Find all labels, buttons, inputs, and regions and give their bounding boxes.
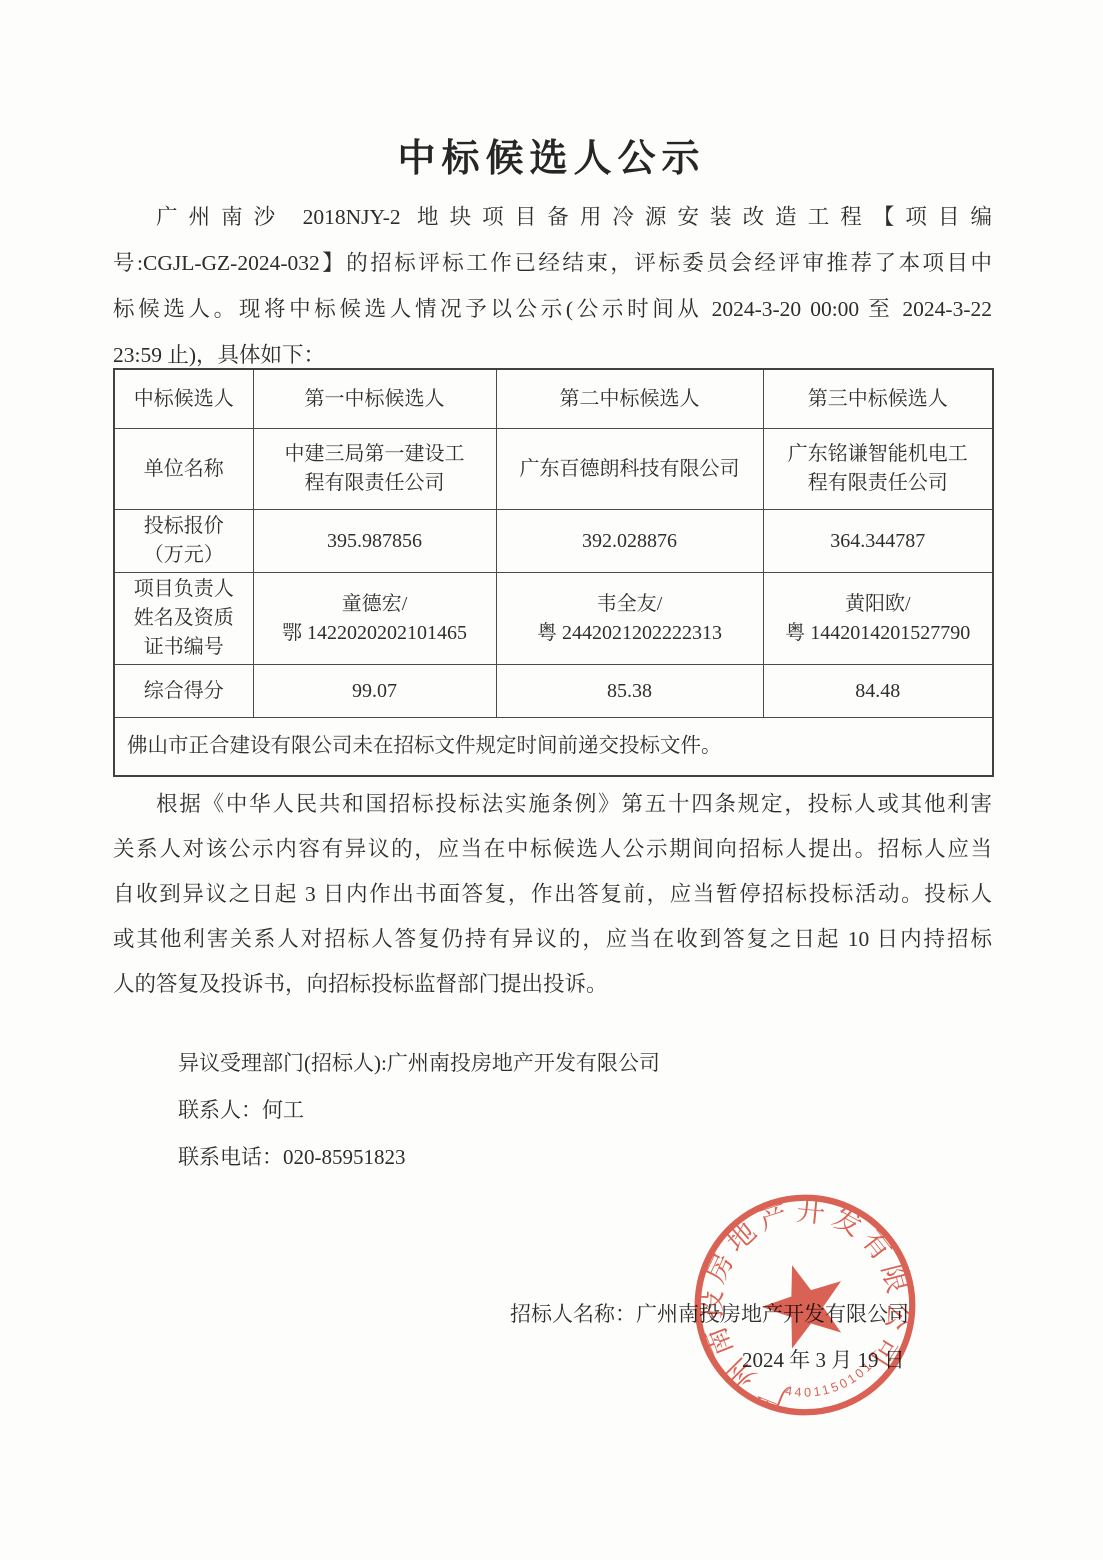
contact-phone-line: 联系电话：020-85951823 <box>178 1134 660 1181</box>
table-footnote: 佛山市正合建设有限公司未在招标文件规定时间前递交投标文件。 <box>114 718 993 777</box>
row-label: 综合得分 <box>114 665 253 718</box>
unit-name-cell: 中建三局第一建设工 程有限责任公司 <box>253 429 496 510</box>
table-header-row: 中标候选人 第一中标候选人 第二中标候选人 第三中标候选人 <box>114 369 993 429</box>
project-manager-row: 项目负责人 姓名及资质 证书编号 童德宏/ 鄂 1422020202101465… <box>114 573 993 665</box>
legal-line: 根据《中华人民共和国招标投标法实施条例》第五十四条规定，投标人或其他利害 <box>113 782 992 827</box>
legal-line: 关系人对该公示内容有异议的，应当在中标候选人公示期间向招标人提出。招标人应当 <box>113 827 992 872</box>
bid-price-cell: 392.028876 <box>496 510 763 573</box>
row-label: 单位名称 <box>114 429 253 510</box>
header-cell-second: 第二中标候选人 <box>496 369 763 429</box>
row-label: 项目负责人 姓名及资质 证书编号 <box>114 573 253 665</box>
candidates-table: 中标候选人 第一中标候选人 第二中标候选人 第三中标候选人 单位名称 中建三局第… <box>113 368 994 777</box>
legal-line: 人的答复及投诉书，向招标投标监督部门提出投诉。 <box>113 962 992 1007</box>
bid-price-cell: 364.344787 <box>763 510 993 573</box>
table-footnote-row: 佛山市正合建设有限公司未在招标文件规定时间前递交投标文件。 <box>114 718 993 777</box>
intro-line: 标候选人。现将中标候选人情况予以公示(公示时间从 2024-3-20 00:00… <box>113 286 992 332</box>
score-cell: 84.48 <box>763 665 993 718</box>
legal-paragraph: 根据《中华人民共和国招标投标法实施条例》第五十四条规定，投标人或其他利害 关系人… <box>113 782 992 1007</box>
contact-person-line: 联系人：何工 <box>178 1087 660 1134</box>
manager-cell: 韦全友/ 粤 2442021202222313 <box>496 573 763 665</box>
objection-dept-line: 异议受理部门(招标人):广州南投房地产开发有限公司 <box>178 1040 660 1087</box>
score-cell: 99.07 <box>253 665 496 718</box>
header-cell-third: 第三中标候选人 <box>763 369 993 429</box>
contact-block: 异议受理部门(招标人):广州南投房地产开发有限公司 联系人：何工 联系电话：02… <box>178 1040 660 1181</box>
intro-line: 号:CGJL-GZ-2024-032】的招标评标工作已经结束，评标委员会经评审推… <box>113 240 992 286</box>
bid-price-cell: 395.987856 <box>253 510 496 573</box>
bid-price-row: 投标报价 （万元） 395.987856 392.028876 364.3447… <box>114 510 993 573</box>
unit-name-row: 单位名称 中建三局第一建设工 程有限责任公司 广东百德朗科技有限公司 广东铭谦智… <box>114 429 993 510</box>
intro-line: 广州南沙 2018NJY-2 地块项目备用冷源安装改造工程【项目编 <box>113 194 992 240</box>
header-cell-label: 中标候选人 <box>114 369 253 429</box>
intro-paragraph: 广州南沙 2018NJY-2 地块项目备用冷源安装改造工程【项目编 号:CGJL… <box>113 194 992 378</box>
legal-line: 自收到异议之日起 3 日内作出书面答复，作出答复前，应当暂停招标投标活动。投标人 <box>113 872 992 917</box>
announcement-document: 中标候选人公示 广州南沙 2018NJY-2 地块项目备用冷源安装改造工程【项目… <box>0 0 1103 1560</box>
manager-cell: 黄阳欧/ 粤 1442014201527790 <box>763 573 993 665</box>
score-cell: 85.38 <box>496 665 763 718</box>
unit-name-cell: 广东铭谦智能机电工 程有限责任公司 <box>763 429 993 510</box>
page-title: 中标候选人公示 <box>0 127 1103 182</box>
score-row: 综合得分 99.07 85.38 84.48 <box>114 665 993 718</box>
date-line: 2024 年 3 月 19 日 <box>742 1344 905 1374</box>
row-label: 投标报价 （万元） <box>114 510 253 573</box>
legal-line: 或其他利害关系人对招标人答复仍持有异议的，应当在收到答复之日起 10 日内持招标 <box>113 917 992 962</box>
tenderer-name-line: 招标人名称：广州南投房地产开发有限公司 <box>510 1298 909 1328</box>
unit-name-cell: 广东百德朗科技有限公司 <box>496 429 763 510</box>
header-cell-first: 第一中标候选人 <box>253 369 496 429</box>
manager-cell: 童德宏/ 鄂 1422020202101465 <box>253 573 496 665</box>
